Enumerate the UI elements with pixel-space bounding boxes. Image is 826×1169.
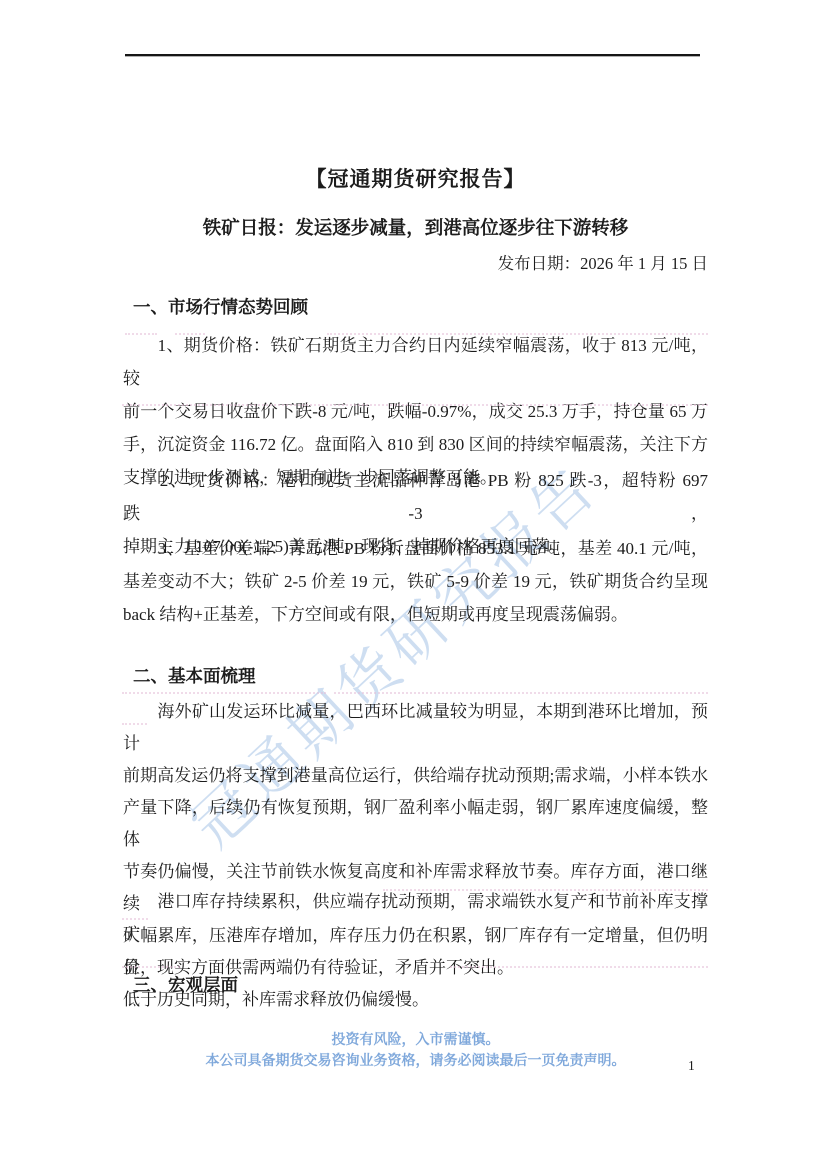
report-title: 【冠通期货研究报告】 (123, 163, 708, 193)
proofing-dotted-line (122, 692, 326, 694)
proofing-dotted-line (334, 692, 708, 694)
publish-date: 发布日期：2026 年 1 月 15 日 (123, 250, 708, 274)
proofing-dotted-line (122, 966, 180, 968)
proofing-dotted-line (122, 404, 708, 406)
proofing-dotted-line (122, 723, 147, 725)
section-heading-market-review: 一、市场行情态势回顾 (123, 294, 718, 319)
section-heading-macro: 三、宏观层面 (123, 972, 718, 997)
section-heading-fundamentals: 二、基本面梳理 (123, 663, 718, 688)
header-rule (125, 54, 700, 57)
proofing-dotted-line (383, 889, 708, 891)
footer-risk-warning: 投资有风险，入市需谨慎。 (123, 1029, 708, 1049)
paragraph-inventory-summary: 港口库存持续累积，供应端存扰动预期，需求端铁水复产和节前补库支撑矿价，现实方面供… (123, 885, 708, 984)
footer-disclaimer: 本公司具备期货交易咨询业务资格，请务必阅读最后一页免责声明。 (123, 1050, 708, 1070)
proofing-dotted-line (175, 333, 205, 335)
proofing-dotted-line (125, 333, 157, 335)
page-number: 1 (688, 1058, 695, 1074)
report-subtitle: 铁矿日报：发运逐步减量，到港高位逐步往下游转移 (123, 214, 708, 240)
proofing-dotted-line (450, 966, 708, 968)
paragraph-basis-spread: 3、基差价差端：青岛港 PB 粉折盘面价格 853.1 元/吨，基差 40.1 … (123, 532, 708, 631)
proofing-dotted-line (327, 333, 708, 335)
proofing-dotted-line (122, 918, 148, 920)
report-page: 冠通期货研究报告 【冠通期货研究报告】 铁矿日报：发运逐步减量，到港高位逐步往下… (0, 0, 826, 1169)
